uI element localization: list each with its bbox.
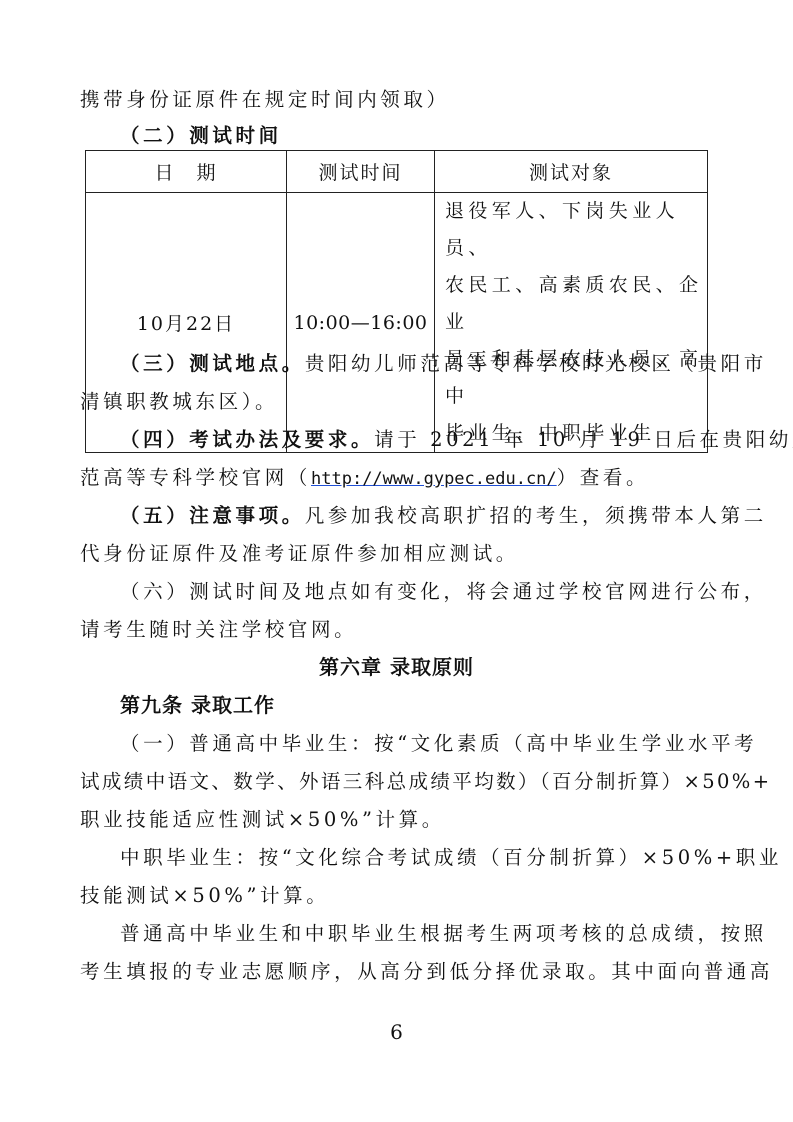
target-line: 农民工、高素质农民、企业	[445, 267, 707, 341]
text-line: 代身份证原件及准考证原件参加相应测试。	[80, 542, 720, 566]
page-number: 6	[0, 1020, 793, 1044]
article-heading: 第九条 录取工作	[120, 693, 275, 717]
text-line: 考生填报的专业志愿顺序，从高分到低分择优录取。其中面向普通高	[80, 960, 720, 984]
header-date: 日 期	[86, 151, 287, 193]
paragraph-exam-method: （四）考试办法及要求。请于 2021 年 10 月 19 日后在贵阳幼儿师	[120, 428, 720, 452]
text-line: 普通高中毕业生和中职毕业生根据考生两项考核的总成绩，按照	[120, 922, 720, 946]
text-line: 清镇职教城东区）。	[80, 390, 720, 414]
section-label-test-time: （二）测试时间	[120, 124, 720, 148]
text-line: 技能测试×50%”计算。	[80, 884, 720, 908]
table-header-row: 日 期 测试时间 测试对象	[86, 151, 708, 193]
text-line: （六）测试时间及地点如有变化，将会通过学校官网进行公布，	[120, 580, 720, 604]
text-line: 携带身份证原件在规定时间内领取）	[80, 88, 720, 112]
label: （三）测试地点。	[120, 352, 305, 375]
text: 范高等专科学校官网（	[80, 466, 311, 489]
paragraph-test-location: （三）测试地点。贵阳幼儿师范高等专科学校时光校区（贵阳市	[120, 352, 720, 376]
text-line: 范高等专科学校官网（http://www.gypec.edu.cn/）查看。	[80, 466, 720, 491]
label: （五）注意事项。	[120, 504, 305, 527]
text: 贵阳幼儿师范高等专科学校时光校区（贵阳市	[305, 352, 767, 375]
text: 请于 2021 年 10 月 19 日后在贵阳幼儿师	[374, 428, 793, 451]
text-line: （一）普通高中毕业生：按“文化素质（高中毕业生学业水平考	[120, 732, 720, 756]
text: ）查看。	[557, 466, 649, 489]
chapter-heading: 第六章 录取原则	[0, 655, 793, 679]
text-line: 请考生随时关注学校官网。	[80, 618, 720, 642]
header-target: 测试对象	[435, 151, 708, 193]
label: （四）考试办法及要求。	[120, 428, 374, 451]
paragraph-notes: （五）注意事项。凡参加我校高职扩招的考生，须携带本人第二	[120, 504, 720, 528]
header-time: 测试时间	[287, 151, 435, 193]
text: 凡参加我校高职扩招的考生，须携带本人第二	[305, 504, 767, 527]
school-website-link[interactable]: http://www.gypec.edu.cn/	[311, 469, 557, 489]
text-line: 中职毕业生：按“文化综合考试成绩（百分制折算）×50%+职业	[120, 846, 720, 870]
text-line: 试成绩中语文、数学、外语三科总成绩平均数）（百分制折算）×50%+	[80, 770, 720, 794]
target-line: 退役军人、下岗失业人员、	[445, 193, 707, 267]
text-line: 职业技能适应性测试×50%”计算。	[80, 808, 720, 832]
